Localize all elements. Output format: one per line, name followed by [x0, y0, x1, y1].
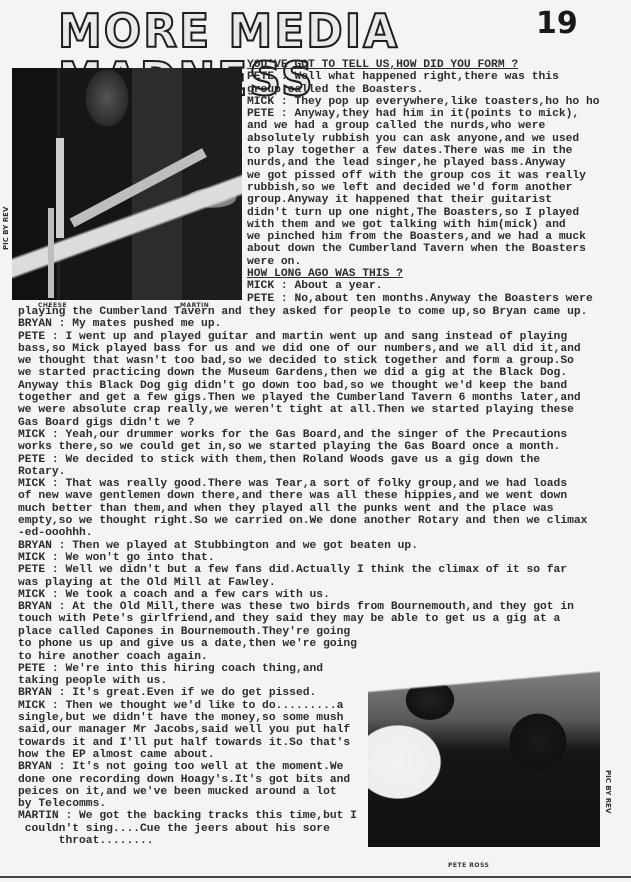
interview-line: of new wave gentlemen down there,and the… — [18, 490, 587, 502]
interview-line: PETE : Anyway,they had him in it(points … — [247, 108, 600, 120]
interview-line: -ed-ooohhh. — [18, 527, 587, 539]
photo-detail — [56, 138, 64, 238]
interview-line: PETE : Well what happened right,there wa… — [247, 71, 600, 83]
interview-line: how the EP almost came about. — [18, 749, 357, 761]
interview-line: to hire another coach again. — [18, 651, 357, 663]
interview-line: said,our manager Mr Jacobs,said well you… — [18, 724, 357, 736]
interview-line: MICK : They pop up everywhere,like toast… — [247, 96, 600, 108]
photo-detail — [48, 208, 54, 298]
interview-line: were on. — [247, 256, 600, 268]
interview-text-main: playing the Cumberland Tavern and they a… — [18, 306, 587, 626]
interview-line: touch with Pete's girlfriend,and they sa… — [18, 613, 587, 625]
interview-line: Rotary. — [18, 466, 587, 478]
interview-line: group.Anyway it happened that their guit… — [247, 194, 600, 206]
interview-line: PETE : No,about ten months.Anyway the Bo… — [247, 293, 600, 305]
interview-text-top-right: YOU'VE GOT TO TELL US,HOW DID YOU FORM ?… — [247, 59, 600, 305]
interview-line: PETE : Well we didn't but a few fans did… — [18, 564, 587, 576]
interview-line: done one recording down Hoagy's.It's got… — [18, 774, 357, 786]
interview-line: place called Capones in Bournemouth.They… — [18, 626, 357, 638]
interview-line: throat........ — [18, 835, 357, 847]
interview-line: single,but we didn't have the money,so s… — [18, 712, 357, 724]
interview-line: didn't turn up one night,The Boasters,so… — [247, 207, 600, 219]
interview-line: to play together a few dates.There was m… — [247, 145, 600, 157]
interview-line: BRYAN : Then we played at Stubbington an… — [18, 540, 587, 552]
page-bottom-rule — [0, 876, 631, 878]
interview-line: we started practicing down the Museum Ga… — [18, 367, 587, 379]
interview-line: PETE : We're into this hiring coach thin… — [18, 663, 357, 675]
interview-line: MICK : About a year. — [247, 280, 600, 292]
interview-line: peices on it,and we've been mucked aroun… — [18, 786, 357, 798]
interview-line: works there,so we could get in,so we sta… — [18, 441, 587, 453]
interview-line: and we had a group called the nurds,who … — [247, 120, 600, 132]
interview-line: nurds,and the lead singer,he played bass… — [247, 157, 600, 169]
interview-line: BRYAN : It's great.Even if we do get pis… — [18, 687, 357, 699]
interview-line: we got pissed off with the group cos it … — [247, 170, 600, 182]
interview-question: YOU'VE GOT TO TELL US,HOW DID YOU FORM ? — [247, 59, 600, 71]
interview-line: MICK : That was really good.There was Te… — [18, 478, 587, 490]
interview-line: much better than them,and when they play… — [18, 503, 587, 515]
photo-credit-right: PIC BY REV — [604, 770, 612, 813]
interview-line: BRYAN : It's not going too well at the m… — [18, 761, 357, 773]
interview-line: we were absolute crap really,we weren't … — [18, 404, 587, 416]
interview-line: MICK : We took a coach and a few cars wi… — [18, 589, 587, 601]
interview-line: BRYAN : My mates pushed me up. — [18, 318, 587, 330]
photo-caption-bottom: PETE ROSS — [448, 862, 489, 869]
interview-line: we thought that wasn't too bad,so we dec… — [18, 355, 587, 367]
interview-line: absolutely rubbish you can ask anyone,an… — [247, 133, 600, 145]
interview-line: about down the Cumberland Tavern when th… — [247, 243, 600, 255]
interview-line: PETE : I went up and played guitar and m… — [18, 331, 587, 343]
interview-line: MICK : Yeah,our drummer works for the Ga… — [18, 429, 587, 441]
interview-line: Gas Board gigs didn't we ? — [18, 417, 587, 429]
guitar-neck — [70, 148, 207, 227]
interview-line: group called the Boasters. — [247, 84, 600, 96]
interview-question: HOW LONG AGO WAS THIS ? — [247, 268, 600, 280]
interview-line: with them and we got talking with him(mi… — [247, 219, 600, 231]
interview-line: was playing at the Old Mill at Fawley. — [18, 577, 587, 589]
interview-line: taking people with us. — [18, 675, 357, 687]
interview-line: couldn't sing....Cue the jeers about his… — [18, 823, 357, 835]
interview-line: Anyway this Black Dog gig didn't go down… — [18, 380, 587, 392]
interview-line: MICK : Then we thought we'd like to do..… — [18, 700, 357, 712]
interview-line: MICK : We won't go into that. — [18, 552, 587, 564]
photo-credit-left: PIC BY REV — [2, 207, 10, 250]
interview-line: by Telecomms. — [18, 798, 357, 810]
page-number: 19 — [536, 6, 578, 41]
interview-line: playing the Cumberland Tavern and they a… — [18, 306, 587, 318]
interview-line: towards it and I'll put half towards it.… — [18, 737, 357, 749]
interview-line: MARTIN : We got the backing tracks this … — [18, 810, 357, 822]
interview-text-bottom-left: place called Capones in Bournemouth.They… — [18, 626, 357, 847]
interview-line: to phone us up and give us a date,then w… — [18, 638, 357, 650]
band-live-photo-2 — [368, 632, 600, 847]
interview-line: BRYAN : At the Old Mill,there was these … — [18, 601, 587, 613]
interview-line: we pinched him from the Boasters,and we … — [247, 231, 600, 243]
interview-line: PETE : We decided to stick with them,the… — [18, 454, 587, 466]
band-live-photo-1 — [12, 68, 242, 300]
interview-line: together and get a few gigs.Then we play… — [18, 392, 587, 404]
interview-line: rubbish,so we left and decided we'd form… — [247, 182, 600, 194]
interview-line: bass,so Mick played bass for us and we d… — [18, 343, 587, 355]
interview-line: empty,so we thought right.So we carried … — [18, 515, 587, 527]
